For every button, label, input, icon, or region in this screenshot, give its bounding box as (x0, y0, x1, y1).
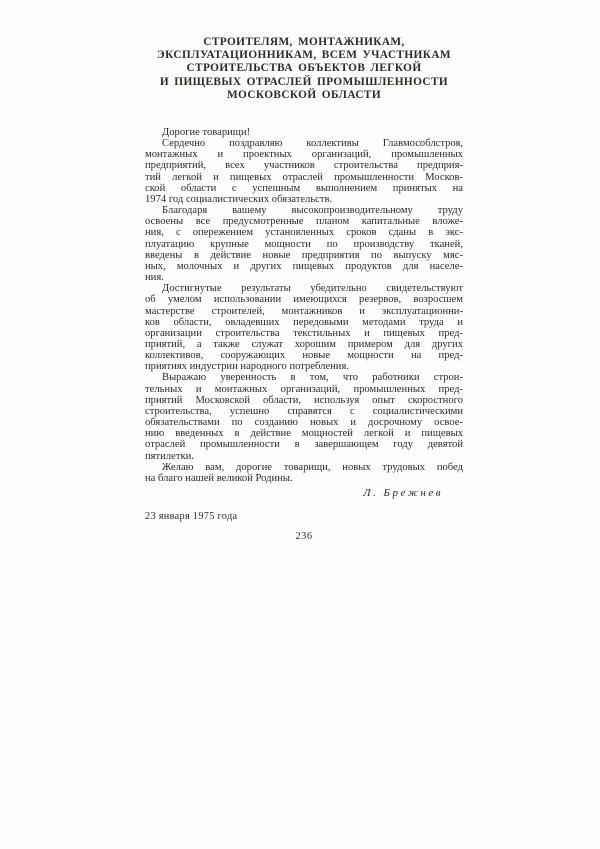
title-line: И ПИЩЕВЫХ ОТРАСЛЕЙ ПРОМЫШЛЕННОСТИ (145, 76, 463, 89)
text-line: плуатацию крупные мощности по производст… (145, 239, 463, 250)
title-line: СТРОИТЕЛЬСТВА ОБЪЕКТОВ ЛЕГКОЙ (145, 62, 463, 75)
date-line: 23 января 1975 года (145, 511, 463, 522)
salutation: Дорогие товарищи! (145, 127, 463, 138)
title-line: МОСКОВСКОЙ ОБЛАСТИ (145, 89, 463, 102)
text-line: ния. (145, 272, 463, 283)
paragraph: Выражаю уверенность в том, что работники… (145, 372, 463, 461)
text-line: приятиях индустрии народного потребления… (145, 361, 463, 372)
text-line: Благодаря вашему высокопроизводительному… (145, 205, 463, 216)
letter-body: Сердечно поздравляю коллективы Главмособ… (145, 138, 463, 484)
text-line: Выражаю уверенность в том, что работники… (145, 372, 463, 383)
text-line: строительства, успешно справятся с социа… (145, 406, 463, 417)
page-number: 236 (145, 531, 463, 542)
title-line: СТРОИТЕЛЯМ, МОНТАЖНИКАМ, (145, 36, 463, 49)
text-line: отраслей промышленности в завершающем го… (145, 439, 463, 450)
text-line: монтажных и проектных организаций, промы… (145, 149, 463, 160)
text-line: освоены все предусмотренные планом капит… (145, 216, 463, 227)
text-line: приятий, а также служат хорошим примером… (145, 339, 463, 350)
text-line: введены в действие новые предприятия по … (145, 250, 463, 261)
text-line: приятий Московской области, используя оп… (145, 395, 463, 406)
text-line: Достигнутые результаты убедительно свиде… (145, 283, 463, 294)
text-line: тий легкой и пищевых отраслей промышленн… (145, 172, 463, 183)
document-page: СТРОИТЕЛЯМ, МОНТАЖНИКАМ,ЭКСПЛУАТАЦИОННИК… (0, 0, 600, 849)
title-line: ЭКСПЛУАТАЦИОННИКАМ, ВСЕМ УЧАСТНИКАМ (145, 49, 463, 62)
paragraph: Благодаря вашему высокопроизводительному… (145, 205, 463, 283)
text-line: предприятий, всех участников строительст… (145, 160, 463, 171)
text-line: обязательствами по созданию новых и доср… (145, 417, 463, 428)
text-line: пятилетки. (145, 451, 463, 462)
text-column: СТРОИТЕЛЯМ, МОНТАЖНИКАМ,ЭКСПЛУАТАЦИОННИК… (145, 36, 463, 542)
text-line: ных, молочных и других пищевых продуктов… (145, 261, 463, 272)
text-line: коллективов, сооружающих новые мощности … (145, 350, 463, 361)
text-line: организации строительства текстильных и … (145, 328, 463, 339)
text-line: нию введенных в действие мощностей легко… (145, 428, 463, 439)
text-line: 1974 год социалистических обязательств. (145, 194, 463, 205)
text-line: ния, с опережением установленных сроков … (145, 227, 463, 238)
text-line: тельных и монтажных организаций, промышл… (145, 384, 463, 395)
text-line: мастерстве строителей, монтажников и экс… (145, 306, 463, 317)
paragraph: Сердечно поздравляю коллективы Главмособ… (145, 138, 463, 205)
text-line: на благо нашей великой Родины. (145, 473, 463, 484)
text-line: ской области с успешным выполнением прин… (145, 183, 463, 194)
text-line: об умелом использовании имеющихся резерв… (145, 294, 463, 305)
paragraph: Достигнутые результаты убедительно свиде… (145, 283, 463, 372)
text-line: Желаю вам, дорогие товарищи, новых трудо… (145, 462, 463, 473)
paragraph: Желаю вам, дорогие товарищи, новых трудо… (145, 462, 463, 484)
text-line: Сердечно поздравляю коллективы Главмособ… (145, 138, 463, 149)
signature: Л. Брежнев (145, 488, 463, 499)
text-line: ков области, овладевших передовыми метод… (145, 317, 463, 328)
document-title: СТРОИТЕЛЯМ, МОНТАЖНИКАМ,ЭКСПЛУАТАЦИОННИК… (145, 36, 463, 102)
letter-text: Дорогие товарищи! Сердечно поздравляю ко… (145, 127, 463, 542)
